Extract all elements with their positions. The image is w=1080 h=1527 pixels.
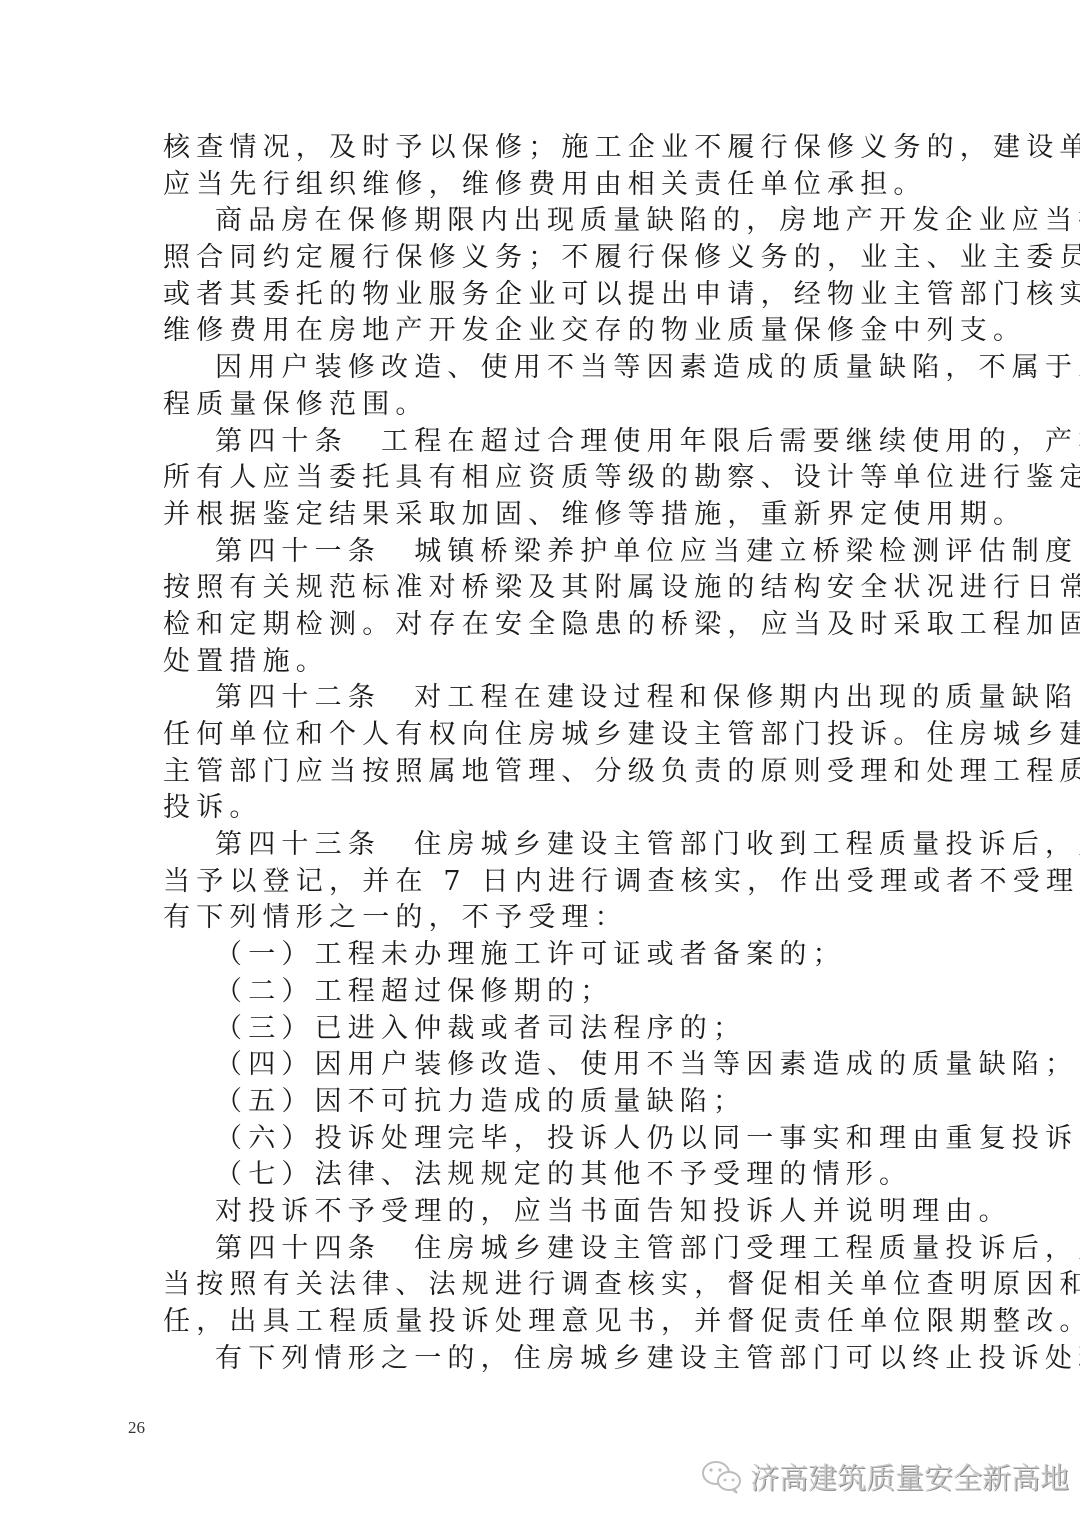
list-item: （一）工程未办理施工许可证或者备案的； [163, 937, 923, 974]
article-41-heading: 第四十一条 城镇桥梁养护单位应当建立桥梁检测评估制度， [163, 534, 923, 571]
article-43-heading: 第四十三条 住房城乡建设主管部门收到工程质量投诉后，应 [163, 827, 923, 864]
text-line: 并根据鉴定结果采取加固、维修等措施，重新界定使用期。 [163, 497, 923, 534]
list-item: （七）法律、法规规定的其他不予受理的情形。 [163, 1157, 923, 1194]
paragraph-start: 有下列情形之一的，住房城乡建设主管部门可以终止投诉处理： [163, 1341, 923, 1378]
text-line: 任何单位和个人有权向住房城乡建设主管部门投诉。住房城乡建设 [163, 717, 923, 754]
paragraph-start: 商品房在保修期限内出现质量缺陷的，房地产开发企业应当按 [163, 203, 923, 240]
article-40-heading: 第四十条 工程在超过合理使用年限后需要继续使用的，产权 [163, 424, 923, 461]
text-line: 程质量保修范围。 [163, 387, 923, 424]
text-line: 处置措施。 [163, 644, 923, 681]
text-line: 有下列情形之一的，不予受理： [163, 900, 923, 937]
text-line: 按照有关规范标准对桥梁及其附属设施的结构安全状况进行日常巡 [163, 570, 923, 607]
text-line: 维修费用在房地产开发企业交存的物业质量保修金中列支。 [163, 313, 923, 350]
list-item: （四）因用户装修改造、使用不当等因素造成的质量缺陷； [163, 1047, 923, 1084]
text-line: 当予以登记，并在 7 日内进行调查核实，作出受理或者不受理决定； [163, 864, 923, 901]
list-item: （五）因不可抗力造成的质量缺陷； [163, 1084, 923, 1121]
watermark-text: 济高建筑质量安全新高地 [750, 1456, 1069, 1497]
paragraph-start: 对投诉不予受理的，应当书面告知投诉人并说明理由。 [163, 1194, 923, 1231]
article-42-heading: 第四十二条 对工程在建设过程和保修期内出现的质量缺陷， [163, 680, 923, 717]
text-line: 投诉。 [163, 790, 923, 827]
list-item: （二）工程超过保修期的； [163, 974, 923, 1011]
text-line: 应当先行组织维修，维修费用由相关责任单位承担。 [163, 167, 923, 204]
text-line: 或者其委托的物业服务企业可以提出申请，经物业主管部门核实后， [163, 277, 923, 314]
text-line: 所有人应当委托具有相应资质等级的勘察、设计等单位进行鉴定， [163, 460, 923, 497]
wechat-icon [700, 1459, 744, 1495]
list-item: （六）投诉处理完毕，投诉人仍以同一事实和理由重复投诉的； [163, 1121, 923, 1158]
list-item: （三）已进入仲裁或者司法程序的； [163, 1011, 923, 1048]
text-line: 照合同约定履行保修义务；不履行保修义务的，业主、业主委员会 [163, 240, 923, 277]
text-line: 核查情况，及时予以保修；施工企业不履行保修义务的，建设单位 [163, 130, 923, 167]
document-page: 核查情况，及时予以保修；施工企业不履行保修义务的，建设单位 应当先行组织维修，维… [163, 130, 923, 1377]
text-line: 主管部门应当按照属地管理、分级负责的原则受理和处理工程质量 [163, 754, 923, 791]
watermark: 济高建筑质量安全新高地 [700, 1456, 1069, 1497]
paragraph-start: 因用户装修改造、使用不当等因素造成的质量缺陷，不属于工 [163, 350, 923, 387]
article-44-heading: 第四十四条 住房城乡建设主管部门受理工程质量投诉后，应 [163, 1231, 923, 1268]
text-line: 当按照有关法律、法规进行调查核实，督促相关单位查明原因和责 [163, 1267, 923, 1304]
text-line: 检和定期检测。对存在安全隐患的桥梁，应当及时采取工程加固等 [163, 607, 923, 644]
page-number: 26 [128, 1418, 145, 1438]
text-line: 任，出具工程质量投诉处理意见书，并督促责任单位限期整改。 [163, 1304, 923, 1341]
